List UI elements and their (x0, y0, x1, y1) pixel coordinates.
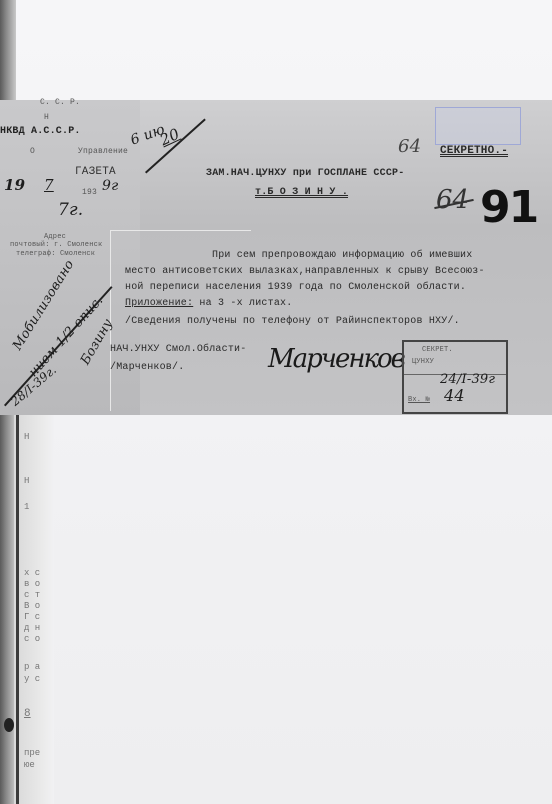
handwritten-signature: Марченков (268, 344, 404, 374)
document-page: Н Н 1 х с в о с т В о Г с д н с о р а у … (0, 0, 552, 804)
attachment-label: Приложение: (125, 298, 193, 309)
punch-hole (4, 718, 14, 732)
classification-mark: СЕКРЕТНО.- (440, 145, 508, 157)
attachment-text: на 3 -х листах. (193, 298, 292, 309)
page-number-stamp: 91 (480, 182, 537, 233)
blue-stamp-box (435, 107, 521, 145)
source-note: /Сведения получены по телефону от Райинс… (125, 316, 460, 327)
binding-line (16, 410, 19, 804)
registration-stamp: СЕКРЕТ. ЦУНХУ 24/I-39г Вх. № 44 (402, 340, 508, 414)
